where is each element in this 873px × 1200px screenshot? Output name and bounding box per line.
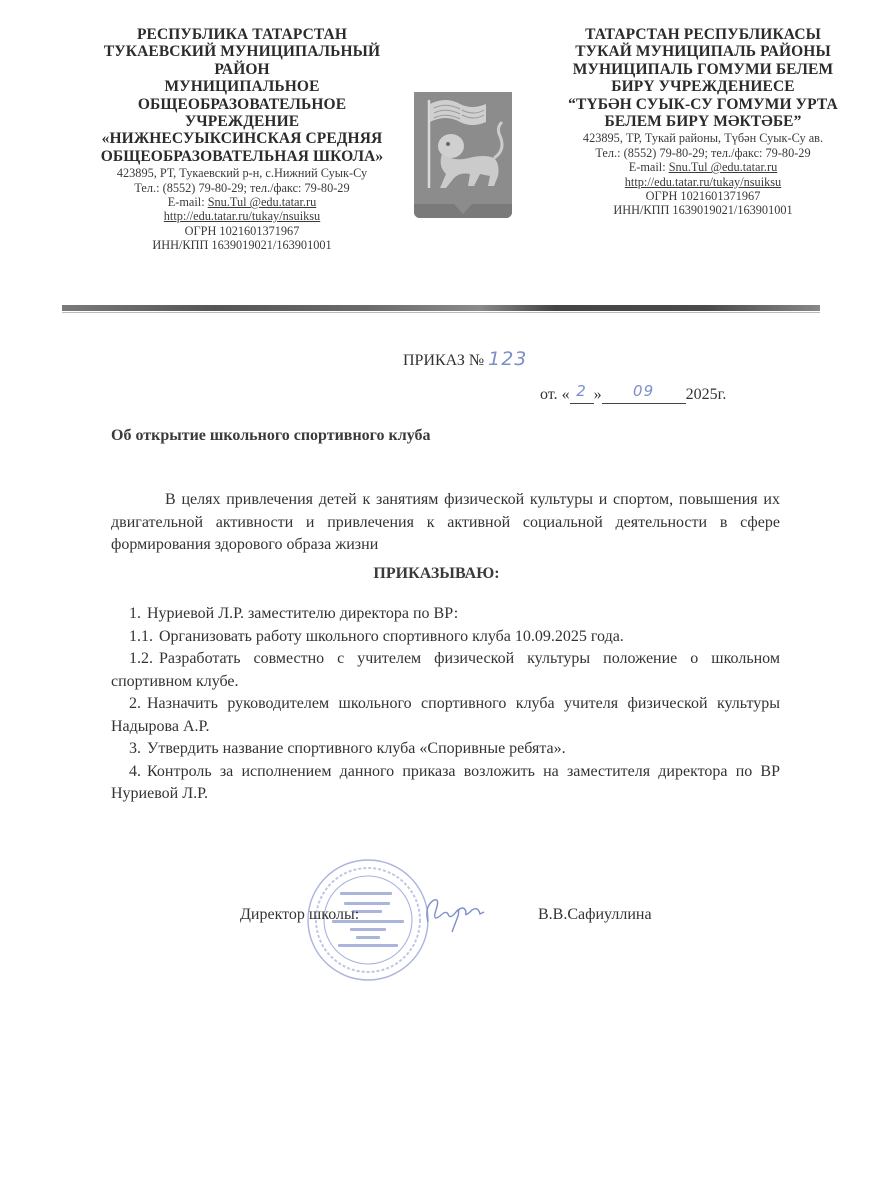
item-text: Назначить руководителем школьного спорти…	[111, 695, 780, 735]
order-number: ПРИКАЗ № 123	[403, 348, 527, 370]
day-handwritten: 2	[576, 382, 587, 400]
phone: Тел.: (8552) 79-80-29; тел./факс: 79-80-…	[72, 181, 412, 195]
website-link[interactable]: http://edu.tatar.ru/tukay/nsuiksu	[72, 209, 412, 223]
preamble-paragraph: В целях привлечения детей к занятиям физ…	[111, 489, 780, 557]
day-blank: 2	[570, 385, 594, 404]
order-item: 3.Утвердить название спортивного клуба «…	[111, 738, 780, 761]
org-name-ru: РЕСПУБЛИКА ТАТАРСТАН ТУКАЕВСКИЙ МУНИЦИПА…	[72, 26, 412, 165]
header-separator-thin	[62, 312, 820, 313]
phone: Тел.: (8552) 79-80-29; тел./факс: 79-80-…	[538, 146, 868, 160]
header-left: РЕСПУБЛИКА ТАТАРСТАН ТУКАЕВСКИЙ МУНИЦИПА…	[72, 26, 412, 253]
address: 423895, РТ, Тукаевский р-н, с.Нижний Суы…	[72, 166, 412, 180]
coat-of-arms-icon	[414, 92, 512, 218]
title-line: ТУКАЙ МУНИЦИПАЛЬ РАЙОНЫ	[538, 43, 868, 60]
email-link[interactable]: Snu.Tul @edu.tatar.ru	[208, 195, 317, 209]
order-label: ПРИКАЗ №	[403, 352, 484, 369]
website-link[interactable]: http://edu.tatar.ru/tukay/nsuiksu	[538, 175, 868, 189]
item-number: 4.	[129, 763, 141, 780]
title-line: ТУКАЕВСКИЙ МУНИЦИПАЛЬНЫЙ	[72, 43, 412, 60]
item-text: Разработать совместно с учителем физичес…	[111, 650, 780, 690]
item-number: 1.	[129, 605, 141, 622]
month-blank: 09	[602, 385, 686, 404]
item-number: 2.	[129, 695, 141, 712]
order-subject: Об открытие школьного спортивного клуба	[111, 427, 431, 445]
address: 423895, ТР, Тукай районы, Түбән Суык-Су …	[538, 131, 868, 145]
item-number: 1.2.	[129, 650, 153, 667]
email-label: E-mail:	[168, 195, 208, 209]
title-line: БИРҮ УЧРЕЖДЕНИЕСЕ	[538, 78, 868, 95]
contact-info-tt: 423895, ТР, Тукай районы, Түбән Суык-Су …	[538, 131, 868, 217]
order-item: 1.2.Разработать совместно с учителем физ…	[111, 648, 780, 693]
date-mid: »	[594, 386, 602, 403]
title-line: ТАТАРСТАН РЕСПУБЛИКАСЫ	[538, 26, 868, 43]
inn-kpp: ИНН/КПП 1639019021/163901001	[538, 203, 868, 217]
item-number: 1.1.	[129, 628, 153, 645]
title-line: “ТҮБӘН СУЫК-СУ ГОМУМИ УРТА	[538, 96, 868, 113]
year: 2025г.	[686, 386, 727, 403]
title-line: УЧРЕЖДЕНИЕ	[72, 113, 412, 130]
title-line: БЕЛЕМ БИРҮ МӘКТӘБЕ”	[538, 113, 868, 130]
item-text: Контроль за исполнением данного приказа …	[111, 763, 780, 803]
title-line: ОБЩЕОБРАЗОВАТЕЛЬНОЕ	[72, 96, 412, 113]
order-item: 1.Нуриевой Л.Р. заместителю директора по…	[111, 603, 780, 626]
ogrn: ОГРН 1021601371967	[538, 189, 868, 203]
title-line: МУНИЦИПАЛЬНОЕ	[72, 78, 412, 95]
signatory-name: В.В.Сафиуллина	[538, 906, 652, 924]
order-item: 4.Контроль за исполнением данного приказ…	[111, 761, 780, 806]
order-date: от. «2»092025г.	[540, 385, 726, 404]
signatory-title: Директор школы:	[240, 906, 359, 924]
order-items: 1.Нуриевой Л.Р. заместителю директора по…	[111, 603, 780, 806]
header-right: ТАТАРСТАН РЕСПУБЛИКАСЫ ТУКАЙ МУНИЦИПАЛЬ …	[538, 26, 868, 218]
order-item: 2.Назначить руководителем школьного спор…	[111, 693, 780, 738]
ogrn: ОГРН 1021601371967	[72, 224, 412, 238]
order-number-handwritten: 123	[488, 348, 527, 370]
header-separator	[62, 305, 820, 311]
title-line: РАЙОН	[72, 61, 412, 78]
month-handwritten: 09	[633, 382, 654, 400]
item-number: 3.	[129, 740, 141, 757]
org-name-tt: ТАТАРСТАН РЕСПУБЛИКАСЫ ТУКАЙ МУНИЦИПАЛЬ …	[538, 26, 868, 130]
title-line: ОБЩЕОБРАЗОВАТЕЛЬНАЯ ШКОЛА»	[72, 148, 412, 165]
order-item: 1.1.Организовать работу школьного спорти…	[111, 626, 780, 649]
signature-scribble-icon	[418, 892, 488, 934]
email-line: E-mail: Snu.Tul @edu.tatar.ru	[72, 195, 412, 209]
email-label: E-mail:	[629, 160, 669, 174]
email-line: E-mail: Snu.Tul @edu.tatar.ru	[538, 160, 868, 174]
title-line: «НИЖНЕСУЫКСИНСКАЯ СРЕДНЯЯ	[72, 130, 412, 147]
inn-kpp: ИНН/КПП 1639019021/163901001	[72, 238, 412, 252]
orders-title: ПРИКАЗЫВАЮ:	[0, 565, 873, 583]
item-text: Нуриевой Л.Р. заместителю директора по В…	[147, 605, 458, 622]
title-line: МУНИЦИПАЛЬ ГОМУМИ БЕЛЕМ	[538, 61, 868, 78]
date-prefix: от. «	[540, 386, 570, 403]
item-text: Организовать работу школьного спортивног…	[159, 628, 624, 645]
title-line: РЕСПУБЛИКА ТАТАРСТАН	[72, 26, 412, 43]
contact-info-ru: 423895, РТ, Тукаевский р-н, с.Нижний Суы…	[72, 166, 412, 252]
email-link[interactable]: Snu.Tul @edu.tatar.ru	[669, 160, 778, 174]
item-text: Утвердить название спортивного клуба «Сп…	[147, 740, 566, 757]
